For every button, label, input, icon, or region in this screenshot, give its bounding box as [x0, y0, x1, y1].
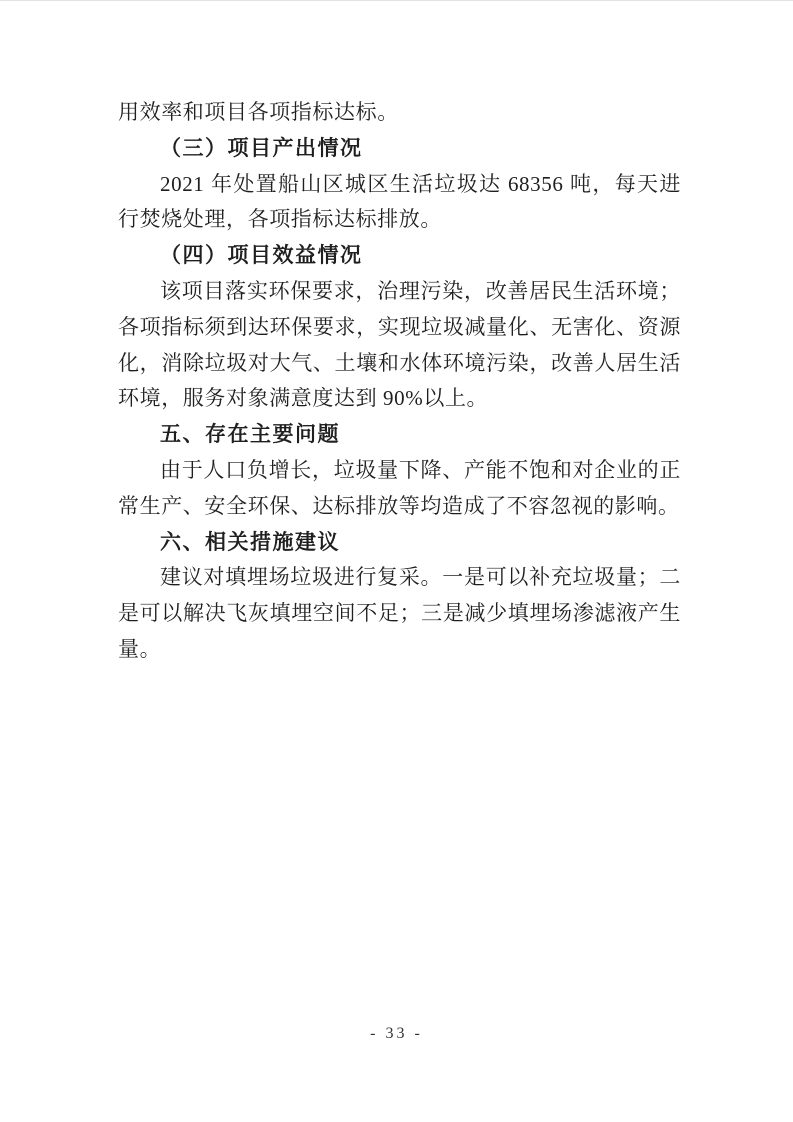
body-paragraph-output: 2021 年处置船山区城区生活垃圾达 68356 吨，每天进行焚烧处理，各项指标… [118, 167, 681, 239]
subsection-heading-3: （三）项目产出情况 [118, 131, 681, 167]
body-paragraph-suggestions: 建议对填埋场垃圾进行复采。一是可以补充垃圾量；二是可以解决飞灰填埋空间不足；三是… [118, 560, 681, 667]
page-body: 用效率和项目各项指标达标。 （三）项目产出情况 2021 年处置船山区城区生活垃… [118, 95, 681, 668]
body-paragraph-continuation: 用效率和项目各项指标达标。 [118, 95, 681, 131]
section-heading-5: 五、存在主要问题 [118, 417, 681, 453]
scan-edge-line [0, 0, 793, 1]
subsection-heading-4: （四）项目效益情况 [118, 238, 681, 274]
page-number: - 33 - [0, 1025, 793, 1043]
body-paragraph-benefit: 该项目落实环保要求，治理污染，改善居民生活环境；各项指标须到达环保要求，实现垃圾… [118, 274, 681, 417]
section-heading-6: 六、相关措施建议 [118, 525, 681, 561]
document-page: 用效率和项目各项指标达标。 （三）项目产出情况 2021 年处置船山区城区生活垃… [0, 0, 793, 1122]
body-paragraph-problems: 由于人口负增长，垃圾量下降、产能不饱和对企业的正常生产、安全环保、达标排放等均造… [118, 453, 681, 525]
